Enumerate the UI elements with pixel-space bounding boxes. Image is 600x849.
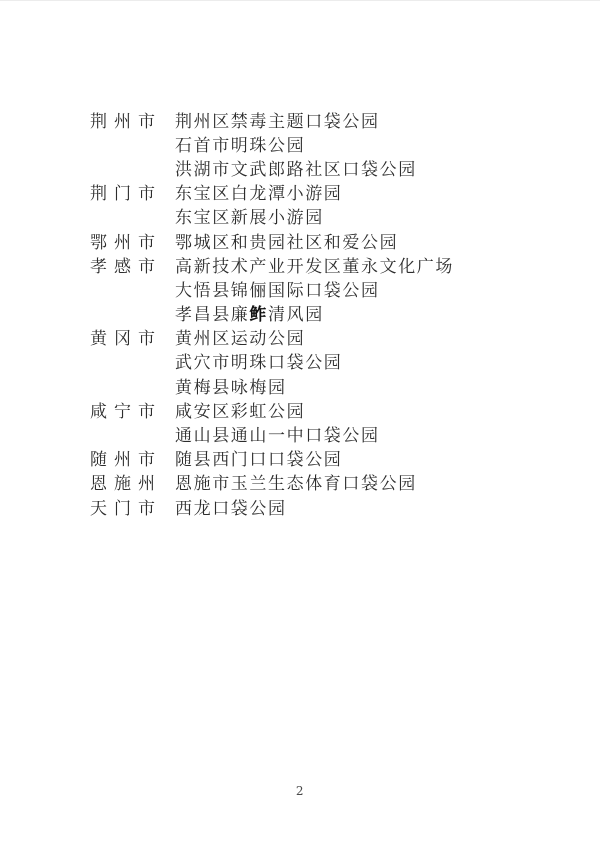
city-name: 黄冈市: [90, 324, 175, 349]
list-item: 孝感市高新技术产业开发区董永文化广场: [90, 252, 454, 276]
park-name: 洪湖市文武郎路社区口袋公园: [175, 155, 417, 180]
list-item: 鄂州市鄂城区和贵园社区和爱公园: [90, 228, 454, 252]
park-list: 荆州市荆州区禁毒主题口袋公园石首市明珠公园洪湖市文武郎路社区口袋公园荆门市东宝区…: [90, 107, 454, 518]
list-item: 荆州市荆州区禁毒主题口袋公园: [90, 107, 454, 131]
city-name: 咸宁市: [90, 397, 175, 422]
list-item: 随州市随县西门口口袋公园: [90, 446, 454, 470]
park-name: 随县西门口口袋公园: [175, 445, 342, 470]
list-item: 东宝区新展小游园: [90, 204, 454, 228]
city-name: 鄂州市: [90, 228, 175, 253]
list-item: 荆门市东宝区白龙潭小游园: [90, 180, 454, 204]
city-name: 恩施州: [90, 469, 175, 494]
park-name: 高新技术产业开发区董永文化广场: [175, 252, 454, 277]
list-item: 石首市明珠公园: [90, 131, 454, 155]
park-name: 石首市明珠公园: [175, 131, 305, 156]
document-page: 荆州市荆州区禁毒主题口袋公园石首市明珠公园洪湖市文武郎路社区口袋公园荆门市东宝区…: [0, 0, 600, 849]
park-name: 大悟县锦俪国际口袋公园: [175, 276, 380, 301]
park-name: 荆州区禁毒主题口袋公园: [175, 107, 380, 132]
list-item: 大悟县锦俪国际口袋公园: [90, 276, 454, 300]
park-name: 恩施市玉兰生态体育口袋公园: [175, 469, 417, 494]
page-number: 2: [0, 784, 600, 798]
list-item: 黄梅县咏梅园: [90, 373, 454, 397]
city-name: 孝感市: [90, 252, 175, 277]
list-item: 洪湖市文武郎路社区口袋公园: [90, 155, 454, 179]
park-name: 武穴市明珠口袋公园: [175, 348, 342, 373]
city-name: 随州市: [90, 445, 175, 470]
park-name: 黄梅县咏梅园: [175, 373, 287, 398]
list-item: 天门市西龙口袋公园: [90, 494, 454, 518]
list-item: 恩施州恩施市玉兰生态体育口袋公园: [90, 470, 454, 494]
park-name: 咸安区彩虹公园: [175, 397, 305, 422]
highlighted-char: 鲊: [249, 305, 268, 325]
park-name: 黄州区运动公园: [175, 324, 305, 349]
park-name: 东宝区新展小游园: [175, 203, 324, 228]
park-name: 鄂城区和贵园社区和爱公园: [175, 228, 398, 253]
park-name: 孝昌县廉鲊清风园: [175, 300, 324, 325]
city-name: 荆门市: [90, 179, 175, 204]
list-item: 武穴市明珠口袋公园: [90, 349, 454, 373]
park-name: 西龙口袋公园: [175, 494, 287, 519]
list-item: 通山县通山一中口袋公园: [90, 421, 454, 445]
park-name: 通山县通山一中口袋公园: [175, 421, 380, 446]
park-name: 东宝区白龙潭小游园: [175, 179, 342, 204]
list-item: 黄冈市黄州区运动公园: [90, 325, 454, 349]
list-item: 咸宁市咸安区彩虹公园: [90, 397, 454, 421]
city-name: 天门市: [90, 494, 175, 519]
city-name: 荆州市: [90, 107, 175, 132]
list-item: 孝昌县廉鲊清风园: [90, 301, 454, 325]
